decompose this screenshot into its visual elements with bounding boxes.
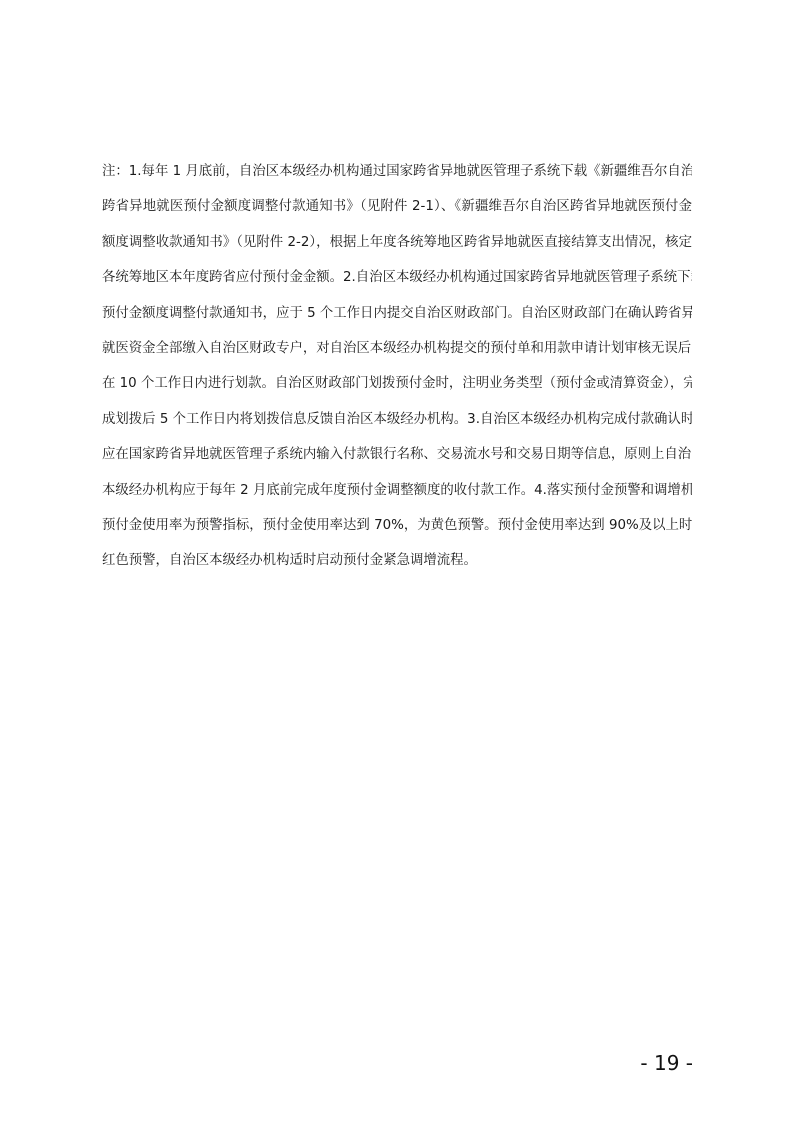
note-line-12: 红色预警，自治区本级经办机构适时启动预付金紧急调增流程。 — [102, 548, 692, 583]
page-number: - 19 - — [640, 1049, 693, 1077]
note-line-5: 预付金额度调整付款通知书，应于 5 个工作日内提交自治区财政部门。自治区财政部门… — [102, 301, 692, 336]
note-line-3: 额度调整收款通知书》（见附件 2-2），根据上年度各统筹地区跨省异地就医直接结算… — [102, 230, 692, 265]
note-line-9: 应在国家跨省异地就医管理子系统内输入付款银行名称、交易流水号和交易日期等信息，原… — [102, 442, 692, 477]
note-line-8: 成划拨后 5 个工作日内将划拨信息反馈自治区本级经办机构。3.自治区本级经办机构… — [102, 407, 692, 442]
note-line-1: 注：1.每年 1 月底前，自治区本级经办机构通过国家跨省异地就医管理子系统下载《… — [102, 159, 692, 194]
note-line-2: 跨省异地就医预付金额度调整付款通知书》（见附件 2-1）、《新疆维吾尔自治区跨省… — [102, 194, 692, 229]
note-line-4: 各统筹地区本年度跨省应付预付金金额。2.自治区本级经办机构通过国家跨省异地就医管… — [102, 265, 692, 300]
document-page: 注：1.每年 1 月底前，自治区本级经办机构通过国家跨省异地就医管理子系统下载《… — [0, 0, 793, 1122]
note-line-11: 预付金使用率为预警指标，预付金使用率达到 70%，为黄色预警。预付金使用率达到 … — [102, 513, 692, 548]
note-line-7: 在 10 个工作日内进行划款。自治区财政部门划拨预付金时，注明业务类型（预付金或… — [102, 371, 692, 406]
note-line-10: 本级经办机构应于每年 2 月底前完成年度预付金调整额度的收付款工作。4.落实预付… — [102, 478, 692, 513]
note-line-6: 就医资金全部缴入自治区财政专户，对自治区本级经办机构提交的预付单和用款申请计划审… — [102, 336, 692, 371]
note-paragraph: 注：1.每年 1 月底前，自治区本级经办机构通过国家跨省异地就医管理子系统下载《… — [102, 159, 692, 584]
